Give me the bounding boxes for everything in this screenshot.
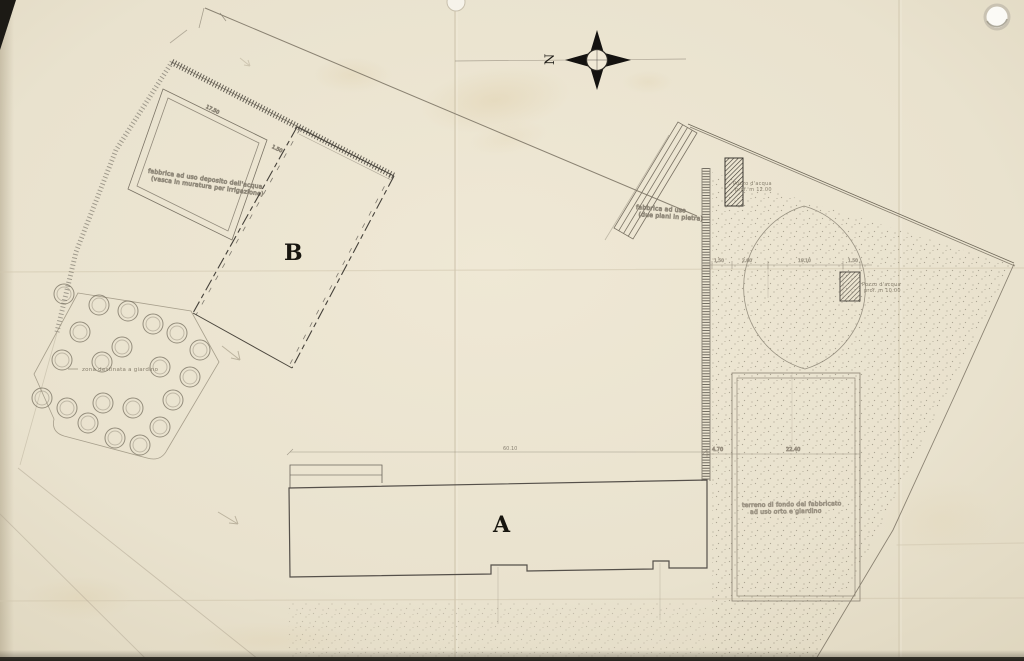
- well2-note-line2: prof. m 10.00: [864, 288, 901, 294]
- well1-note-line2: prof. m 12.00: [735, 187, 772, 193]
- dim-front-width: 60.10: [503, 446, 517, 452]
- well1-annotation: Pozzo d'acqua prof. m 12.00: [733, 181, 772, 193]
- building-b-label: B: [284, 240, 303, 266]
- building-a-label: A: [492, 512, 511, 538]
- dim-d1: 1.50: [714, 258, 724, 264]
- garden-note: zona destinata a giardino: [82, 367, 159, 373]
- dim-court-width: 22.40: [786, 447, 800, 453]
- terrain-note-line2: ad uso orto e giardino: [750, 508, 822, 516]
- site-plan-drawing: fabbrica ad uso deposito dell'acqua (vas…: [0, 0, 1024, 661]
- site-plan-sheet: fabbrica ad uso deposito dell'acqua (vas…: [0, 0, 1024, 661]
- well2-annotation: Pozzo d'acqua prof. m 10.00: [862, 282, 901, 294]
- grommet-hole: [984, 4, 1011, 31]
- dim-d2: 2.60: [742, 258, 752, 264]
- north-label: N: [543, 54, 558, 65]
- dim-d4: 1.50: [848, 258, 858, 264]
- dim-d3: 19.10: [798, 258, 811, 264]
- dim-court-left: 4.70: [712, 447, 723, 453]
